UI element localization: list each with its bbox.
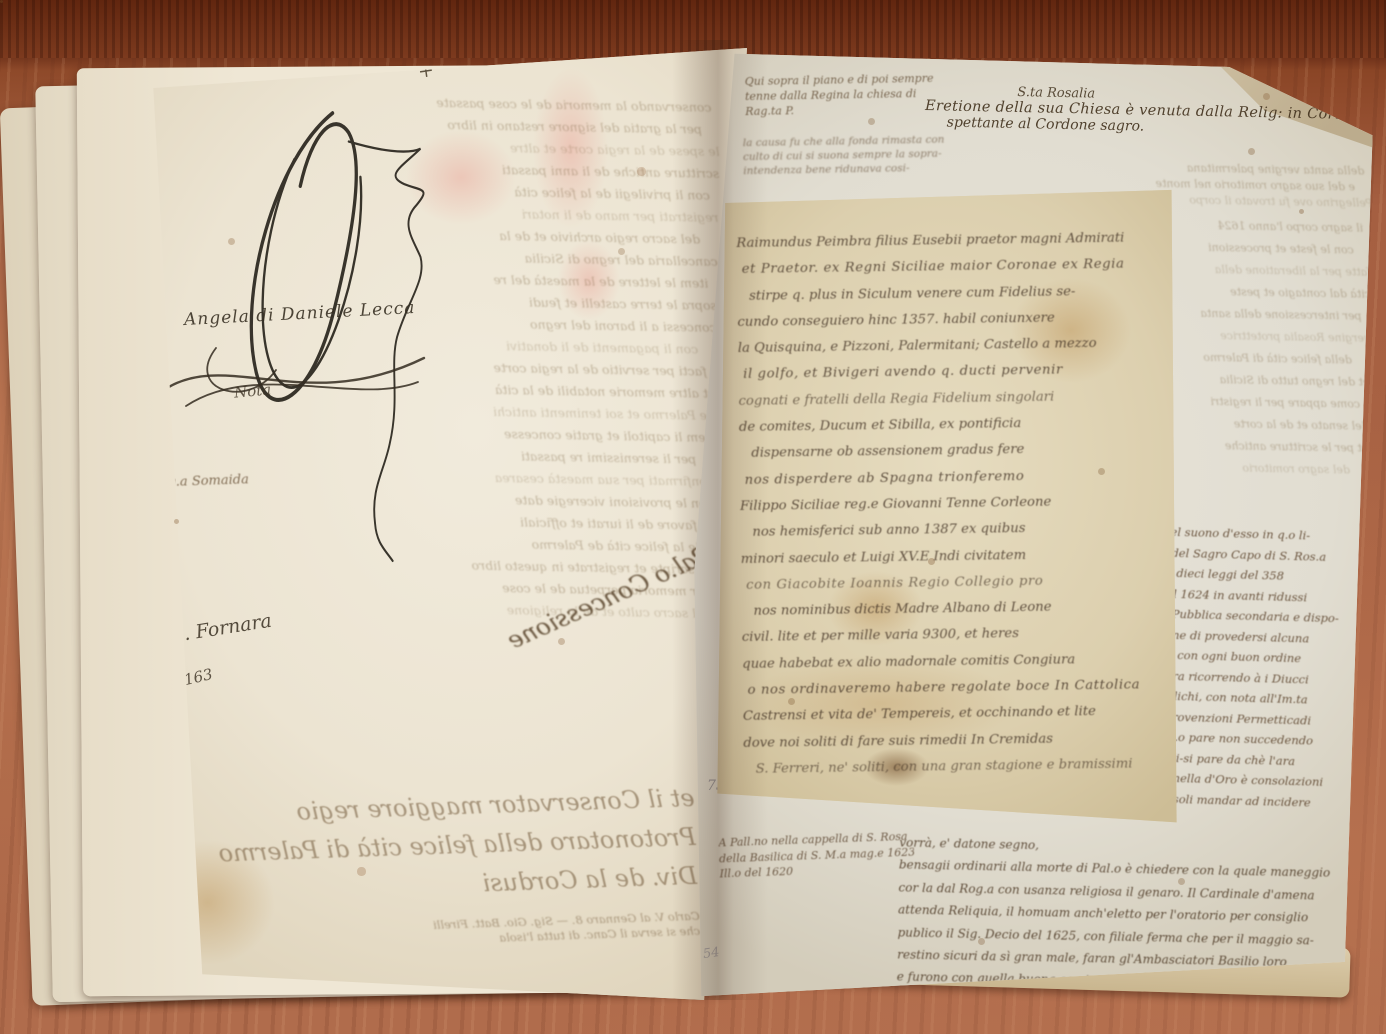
pasted-latin-sheet: Raimundus Peimbra filius Eusebii praetor… [716,186,1178,842]
handwritten-line: del sagro romitorio [1163,456,1368,482]
left-page: + conservando la memoria de le cose pass… [138,48,750,1000]
latin-text-block: Raimundus Peimbra filius Eusebii praetor… [736,225,1168,783]
handwritten-line: vergine Rosalia protettrice [1165,324,1370,350]
signature-underline-flourish [156,330,456,440]
mirrored-flourish-block: et il Conservator maggiore regioProtonot… [170,779,698,914]
chapter-heading: S.ta Rosalia Eretione della sua Chiesa è… [925,83,1386,140]
corner-pencil-number: 54 [702,945,720,962]
column-showthrough: il sagro corpo l'anno 1624con le feste e… [1163,214,1373,482]
cross-mark: + [417,59,436,83]
date-number: 163 [182,665,214,689]
handwritten-line: fatte per la liberatione della [1166,258,1371,284]
bottom-marginal-note: A Pall.no nella cappella di S. Rosadella… [718,829,915,882]
mirrored-small-lines: Carlo V. al Gennaro 8. — Sig. Gio. Batt.… [280,909,701,954]
handwritten-line: S. Ferreri, ne' soliti, con una gran sta… [744,751,1168,783]
nota-script: Nota [233,380,272,401]
wood-table-top-edge [0,0,1386,58]
photo-manuscript-book: + conservando la memoria de le cose pass… [0,0,1386,1034]
